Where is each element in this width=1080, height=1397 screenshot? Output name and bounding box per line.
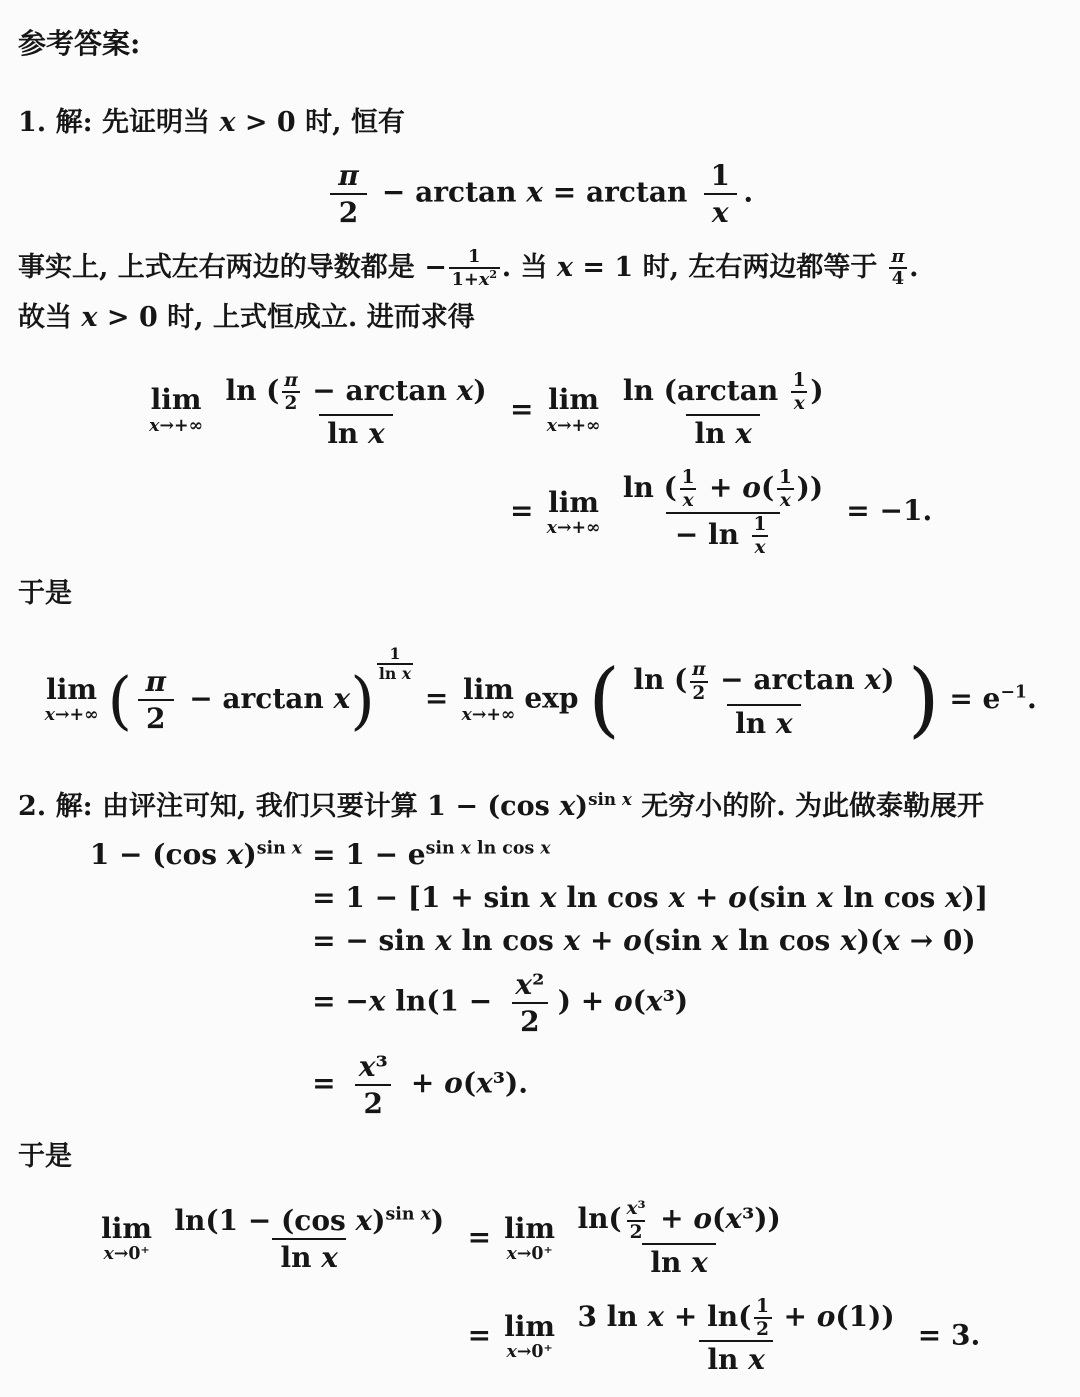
- paragraph-2: 事实上, 上式左右两边的导数都是 −11+x2. 当 x = 1 时, 左右两边…: [18, 246, 1060, 290]
- paragraph-yushi-1: 于是: [18, 572, 1060, 615]
- equation-5: limx→0⁺ ln(1 − (cos x)sin x) ln x = limx…: [18, 1198, 1060, 1377]
- inline-fraction: 1x: [751, 514, 769, 559]
- denominator: ln x: [642, 1243, 716, 1280]
- inline-fraction: 1ln x: [377, 645, 414, 683]
- inline-fraction: π4: [889, 247, 907, 290]
- denominator: ln x: [699, 1340, 773, 1377]
- left-paren: (: [588, 660, 620, 741]
- equation-4: 1 − (cos x)sin x = 1 − esin x ln cos x =…: [18, 838, 1060, 1121]
- exponent: sin x ln cos x: [426, 839, 551, 859]
- fraction: ln (π2 − arctan x) ln x: [217, 370, 495, 452]
- text-run: . 当 x = 1 时, 左右两边都等于: [502, 252, 887, 283]
- denominator: − ln 1x: [666, 512, 779, 559]
- right-paren: ): [350, 669, 375, 732]
- exponent: −1: [1000, 682, 1027, 702]
- limit-operator: limx→0⁺: [504, 1312, 555, 1362]
- exponent: sin x: [588, 789, 632, 809]
- inline-fraction: 12: [754, 1296, 772, 1341]
- limit-operator: limx→0⁺: [504, 1214, 555, 1264]
- numerator: ln(1 − (cos x)sin x): [166, 1203, 453, 1238]
- fraction: ln (arctan 1x) ln x: [614, 370, 832, 452]
- inline-fraction: 1x: [790, 370, 808, 415]
- equation-5-row1-right: = limx→0⁺ ln(x³2 + o(x³)) ln x: [458, 1198, 795, 1280]
- left-paren: (: [108, 669, 133, 732]
- exponent: 2: [489, 268, 497, 281]
- inline-fraction: π2: [282, 370, 301, 415]
- denominator: ln x: [272, 1238, 346, 1275]
- fraction: x²2: [507, 967, 553, 1039]
- result: = −1.: [837, 494, 933, 527]
- math-text: − arctan x = arctan: [372, 175, 697, 208]
- exponent: sin x: [257, 839, 302, 859]
- result: = 3.: [908, 1318, 980, 1351]
- equation-2-row2: = limx→+∞ ln (1x + o(1x)) − ln 1x = −1.: [500, 467, 932, 558]
- inline-fraction: 1x: [776, 467, 794, 512]
- equation-4-row4: = x³2 + o(x³).: [302, 1049, 528, 1121]
- math-text: − arctan x: [179, 682, 350, 715]
- equation-3: limx→+∞(π2 − arctan x)1ln x = limx→+∞exp…: [18, 645, 1060, 741]
- inline-fraction: 1x: [679, 467, 697, 512]
- equals-sign: =: [510, 494, 533, 527]
- paragraph-yushi-2: 于是: [18, 1135, 1060, 1178]
- numerator: ln (1x + o(1x)): [614, 467, 831, 512]
- text-run: 无穷小的阶. 为此做泰勒展开: [632, 791, 984, 822]
- equals-sign: =: [510, 392, 533, 425]
- equation-4-lhs: 1 − (cos x)sin x: [90, 838, 302, 871]
- equation-2-row1-right: = limx→+∞ ln (arctan 1x) ln x: [500, 370, 837, 452]
- limit-operator: limx→+∞: [547, 488, 601, 538]
- denominator: ln x: [319, 414, 393, 451]
- equation-2: limx→+∞ ln (π2 − arctan x) ln x = limx→+…: [18, 370, 1060, 559]
- fraction-pi-over-2: π2: [137, 664, 174, 736]
- limit-operator: limx→+∞: [461, 675, 515, 725]
- denominator: ln x: [686, 414, 760, 451]
- result: = e−1.: [949, 682, 1036, 715]
- exp-operator: exp: [524, 682, 578, 715]
- math-text: .: [743, 175, 753, 208]
- inline-fraction: 11+x2: [449, 247, 500, 291]
- inline-fraction: x³2: [624, 1198, 648, 1243]
- document-page: 参考答案: 1. 解: 先证明当 x > 0 时, 恒有 π 2 − arcta…: [0, 0, 1080, 1397]
- paragraph-3: 故当 x > 0 时, 上式恒成立. 进而求得: [18, 296, 1060, 339]
- limit-operator: limx→+∞: [547, 385, 601, 435]
- right-paren: ): [908, 660, 940, 741]
- fraction: x³2: [350, 1049, 396, 1121]
- parenthesized-power: (π2 − arctan x)1ln x: [108, 682, 416, 715]
- denominator: 1+x2: [449, 267, 500, 290]
- numerator: ln (π2 − arctan x): [217, 370, 495, 415]
- equation-4-row0: = 1 − esin x ln cos x: [302, 838, 551, 871]
- limit-operator: limx→+∞: [45, 675, 99, 725]
- equation-1: π 2 − arctan x = arctan 1 x .: [18, 158, 1060, 230]
- equation-4-row1: = 1 − [1 + sin x ln cos x + o(sin x ln c…: [302, 881, 988, 914]
- equation-2-row1-left: limx→+∞ ln (π2 − arctan x) ln x: [146, 370, 500, 452]
- fraction: ln (1x + o(1x)) − ln 1x: [614, 467, 831, 558]
- denominator: ln x: [727, 704, 801, 741]
- exponent: 1ln x: [375, 649, 415, 677]
- paragraph-1: 1. 解: 先证明当 x > 0 时, 恒有: [18, 101, 1060, 144]
- fraction-1-over-x: 1 x: [702, 158, 738, 230]
- numerator: ln (π2 − arctan x): [625, 659, 903, 704]
- equation-5-row2: = limx→0⁺ 3 ln x + ln(12 + o(1)) ln x = …: [458, 1296, 981, 1378]
- fraction-pi-over-2: π 2: [330, 158, 367, 230]
- paragraph-4: 2. 解: 由评注可知, 我们只要计算 1 − (cos x)sin x 无穷小…: [18, 785, 1060, 828]
- text-run: 事实上, 上式左右两边的导数都是 −: [18, 252, 447, 283]
- limit-operator: limx→+∞: [149, 385, 203, 435]
- fraction: ln(1 − (cos x)sin x) ln x: [166, 1203, 453, 1275]
- equals-sign: =: [468, 1221, 491, 1254]
- numerator: ln(x³2 + o(x³)): [569, 1198, 789, 1243]
- exponent: sin x: [386, 1205, 431, 1225]
- numerator: 3 ln x + ln(12 + o(1)): [569, 1296, 903, 1341]
- equation-5-row1-left: limx→0⁺ ln(1 − (cos x)sin x) ln x: [98, 1203, 458, 1275]
- text-run: 2. 解: 由评注可知, 我们只要计算 1 − (cos x): [18, 791, 588, 822]
- fraction: 3 ln x + ln(12 + o(1)) ln x: [569, 1296, 903, 1378]
- fraction: ln (π2 − arctan x) ln x: [625, 659, 903, 741]
- equation-4-row3: = −x ln(1 − x²2) + o(x³): [302, 967, 688, 1039]
- equation-4-row2: = − sin x ln cos x + o(sin x ln cos x)(x…: [302, 924, 976, 957]
- inline-fraction: π2: [690, 659, 709, 704]
- equals-sign: =: [468, 1318, 491, 1351]
- fraction: ln(x³2 + o(x³)) ln x: [569, 1198, 789, 1280]
- numerator: ln (arctan 1x): [614, 370, 832, 415]
- equals-sign: =: [425, 682, 448, 715]
- text-run: .: [909, 252, 918, 283]
- page-title: 参考答案:: [18, 22, 1060, 67]
- limit-operator: limx→0⁺: [101, 1214, 152, 1264]
